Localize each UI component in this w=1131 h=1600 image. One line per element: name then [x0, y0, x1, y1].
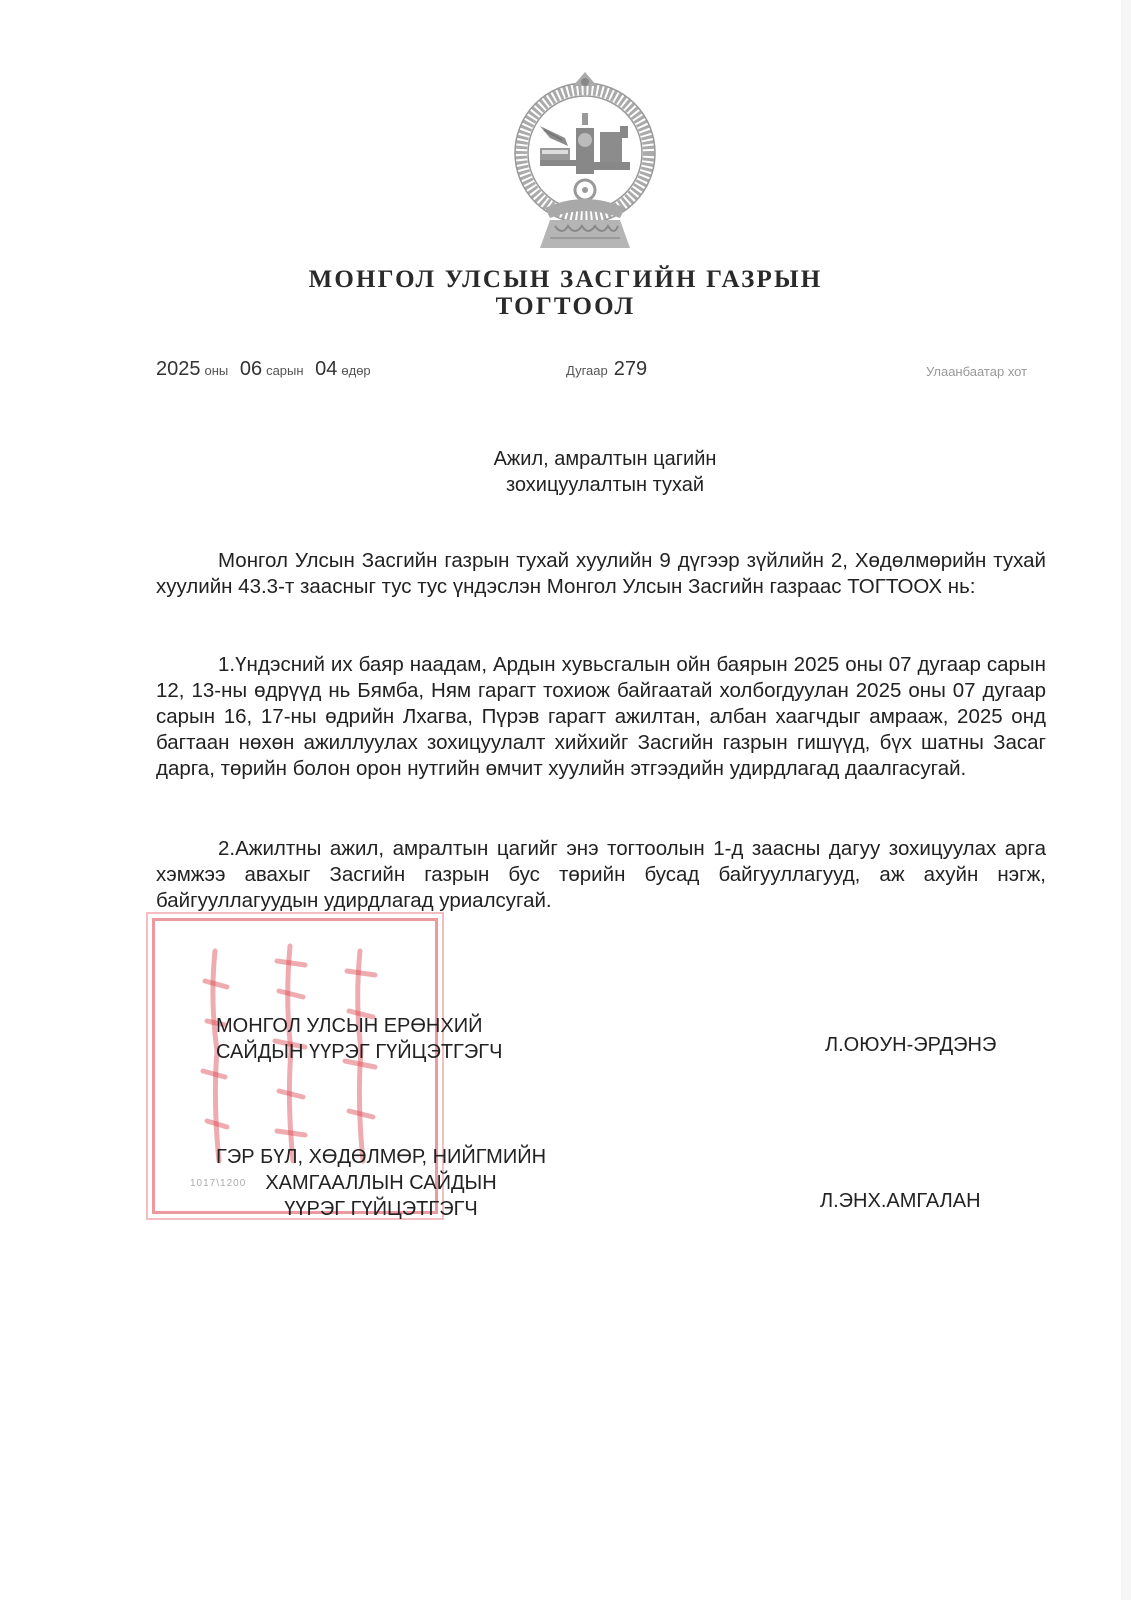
signatory-2-name: Л.ЭНХ.АМГАЛАН [820, 1190, 981, 1213]
date-year-label: оны [205, 363, 229, 378]
clause-2-paragraph: 2.Ажилтны ажил, амралтын цагийг энэ тогт… [156, 836, 1046, 914]
date-day: 04 [315, 358, 337, 380]
state-emblem-icon [510, 68, 660, 258]
number-value: 279 [614, 358, 647, 380]
signatory-2-title-line-1: ГЭР БҮЛ, ХӨДӨЛМӨР, НИЙГМИЙН [216, 1144, 546, 1170]
page-edge [1121, 0, 1131, 1600]
title-line-1: МОНГОЛ УЛСЫН ЗАСГИЙН ГАЗРЫН [0, 266, 1131, 293]
title-line-2: ТОГТООЛ [0, 293, 1131, 320]
city: Улаанбаатар хот [926, 364, 1027, 379]
signatory-2-title-line-2: ХАМГААЛЛЫН САЙДЫН [216, 1170, 546, 1196]
signatory-1-name: Л.ОЮУН-ЭРДЭНЭ [825, 1034, 996, 1057]
date-month: 06 [240, 358, 262, 380]
resolution-number: Дугаар279 [562, 358, 647, 381]
signatory-1-title-line-2: САЙДЫН ҮҮРЭГ ГҮЙЦЭТГЭГЧ [216, 1039, 502, 1065]
resolution-date: 2025оны 06сарын 04өдөр [156, 358, 377, 381]
clause-1-paragraph: 1.Үндэсний их баяр наадам, Ардын хувьсга… [156, 652, 1046, 782]
signatory-1-title-line-1: МОНГОЛ УЛСЫН ЕРӨНХИЙ [216, 1013, 502, 1039]
document-title: МОНГОЛ УЛСЫН ЗАСГИЙН ГАЗРЫН ТОГТООЛ [0, 266, 1131, 320]
signatory-1-title: МОНГОЛ УЛСЫН ЕРӨНХИЙ САЙДЫН ҮҮРЭГ ГҮЙЦЭТ… [216, 1013, 502, 1065]
subject-line-2: зохицуулалтын тухай [0, 472, 1131, 498]
signatory-2-title-line-3: ҮҮРЭГ ГҮЙЦЭТГЭГЧ [216, 1196, 546, 1222]
date-year: 2025 [156, 358, 201, 380]
resolution-subject: Ажил, амралтын цагийн зохицуулалтын туха… [0, 446, 1131, 498]
subject-line-1: Ажил, амралтын цагийн [0, 446, 1131, 472]
number-label: Дугаар [566, 363, 608, 378]
date-month-label: сарын [266, 363, 303, 378]
signatory-2-title: ГЭР БҮЛ, ХӨДӨЛМӨР, НИЙГМИЙН ХАМГААЛЛЫН С… [216, 1144, 546, 1222]
preamble-paragraph: Монгол Улсын Засгийн газрын тухай хуулий… [156, 548, 1046, 600]
date-day-label: өдөр [341, 363, 370, 378]
